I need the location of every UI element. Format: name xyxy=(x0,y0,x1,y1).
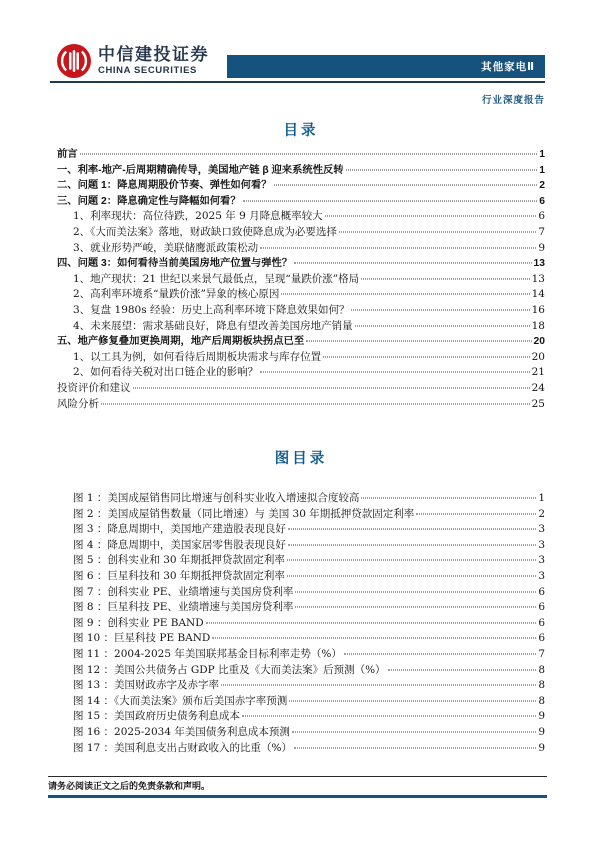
toc-entry[interactable]: 前言1 xyxy=(57,147,545,163)
figure-entry-label: 图 10 ：巨星科技 PE BAND xyxy=(73,631,210,647)
toc-entry[interactable]: 4、未来展望：需求基础良好，降息有望改善美国房地产销量18 xyxy=(57,319,545,335)
toc-entry-label: 1、地产现状：21 世纪以来景气最低点，呈现“量跌价涨”格局 xyxy=(73,272,359,288)
figure-entry-label: 图 8 ：巨星科技 PE、业绩增速与美国房贷利率 xyxy=(73,600,293,616)
dot-leader xyxy=(361,498,536,499)
dot-leader xyxy=(287,576,536,577)
dot-leader xyxy=(292,732,536,733)
toc-entry-label: 2、如何看待关税对出口链企业的影响？ xyxy=(73,365,258,381)
figure-entry[interactable]: 图 6 ：巨星科技和 30 年期抵押贷款固定利率3 xyxy=(57,569,545,585)
toc-entry-label: 1、以工具为例，如何看待后周期板块需求与库存位置 xyxy=(73,350,321,366)
toc-entry-page-number: 2 xyxy=(539,178,545,194)
figure-entry-page-number: 6 xyxy=(538,631,545,647)
toc-entry-page-number: 25 xyxy=(532,397,545,413)
figure-entry-page-number: 8 xyxy=(538,694,545,710)
figure-entry-label: 图 5 ：创科实业和 30 年期抵押贷款固定利率 xyxy=(73,553,285,569)
figure-entry[interactable]: 图 10 ：巨星科技 PE BAND6 xyxy=(57,631,545,647)
dot-leader xyxy=(306,341,531,342)
toc-entry-page-number: 20 xyxy=(534,334,545,350)
figure-entry[interactable]: 图 8 ：巨星科技 PE、业绩增速与美国房贷利率6 xyxy=(57,600,545,616)
figure-entry-page-number: 3 xyxy=(538,569,545,585)
toc-entry-label: 五、地产修复叠加更换周期，地产后周期板块拐点已至 xyxy=(57,334,304,350)
toc-entry[interactable]: 2、《大而美法案》落地，财政缺口致使降息成为必要选择7 xyxy=(57,225,545,241)
toc-entry-page-number: 6 xyxy=(538,209,545,225)
figure-entry[interactable]: 图 9 ：创科实业 PE BAND6 xyxy=(57,616,545,632)
figure-entry[interactable]: 图 3 ：降息周期中，美国地产建造股表现良好3 xyxy=(57,522,545,538)
toc-entry[interactable]: 四、问题 3：如何看待当前美国房地产位置与弹性？13 xyxy=(57,256,545,272)
header-divider xyxy=(50,81,545,83)
toc-entry[interactable]: 投资评价和建议24 xyxy=(57,381,545,397)
figure-toc-list: 图 1 ：美国成屋销售同比增速与创科实业收入增速拟合度较高1图 2 ：美国成屋销… xyxy=(57,491,545,756)
dot-leader xyxy=(361,278,530,279)
figure-entry-label: 图 14 ：《大而美法案》颁布后美国赤字率预测 xyxy=(73,694,287,710)
toc-entry-page-number: 1 xyxy=(539,163,545,179)
figure-entry-page-number: 3 xyxy=(538,553,545,569)
citic-securities-logo-icon xyxy=(56,43,92,79)
figure-entry-label: 图 12 ：美国公共债务占 GDP 比重及《大而美法案》后预测（%） xyxy=(73,663,386,679)
figure-entry-label: 图 4 ：降息周期中，美国家居零售股表现良好 xyxy=(73,538,286,554)
figure-entry-page-number: 6 xyxy=(538,585,545,601)
toc-entry-label: 四、问题 3：如何看待当前美国房地产位置与弹性？ xyxy=(57,256,292,272)
figure-entry-label: 图 1 ：美国成屋销售同比增速与创科实业收入增速拟合度较高 xyxy=(73,491,359,507)
toc-list: 前言1一、利率-地产-后周期精确传导，美国地产链 β 迎来系统性反转1二、问题 … xyxy=(57,147,545,412)
toc-entry[interactable]: 1、地产现状：21 世纪以来景气最低点，呈现“量跌价涨”格局13 xyxy=(57,272,545,288)
toc-entry-page-number: 7 xyxy=(538,225,545,241)
report-type-label: 行业深度报告 xyxy=(482,92,545,106)
figure-entry[interactable]: 图 15 ：美国政府历史债务利息成本9 xyxy=(57,709,545,725)
page-content: 目录 前言1一、利率-地产-后周期精确传导，美国地产链 β 迎来系统性反转1二、… xyxy=(57,119,545,756)
toc-entry-page-number: 1 xyxy=(539,147,545,163)
toc-entry[interactable]: 一、利率-地产-后周期精确传导，美国地产链 β 迎来系统性反转1 xyxy=(57,163,545,179)
toc-entry-label: 风险分析 xyxy=(57,397,99,413)
brand-name-en: CHINA SECURITIES xyxy=(98,66,209,76)
dot-leader xyxy=(212,638,536,639)
figure-entry-label: 图 7 ：创科实业 PE、业绩增速与美国房贷利率 xyxy=(73,585,293,601)
toc-entry-label: 前言 xyxy=(57,147,78,163)
figure-entry-label: 图 16 ：2025-2034 年美国债务利息成本预测 xyxy=(73,725,290,741)
report-page: 中信建投证券 CHINA SECURITIES 其他家电Ⅱ 行业深度报告 目录 … xyxy=(0,0,595,842)
toc-entry[interactable]: 2、高利率环境系“量跌价涨”异象的核心原因14 xyxy=(57,287,545,303)
figure-entry-page-number: 2 xyxy=(538,507,545,523)
toc-entry[interactable]: 三、问题 2：降息确定性与降幅如何看？6 xyxy=(57,194,545,210)
toc-entry-page-number: 9 xyxy=(538,241,545,257)
toc-entry-label: 4、未来展望：需求基础良好，降息有望改善美国房地产销量 xyxy=(73,319,353,335)
toc-entry-label: 二、问题 1：降息周期股价节奏、弹性如何看？ xyxy=(57,178,272,194)
toc-entry-page-number: 20 xyxy=(532,350,545,366)
dot-leader xyxy=(351,309,529,310)
dot-leader xyxy=(344,654,536,655)
dot-leader xyxy=(260,372,529,373)
figure-entry-page-number: 6 xyxy=(538,600,545,616)
figure-entry[interactable]: 图 4 ：降息周期中，美国家居零售股表现良好3 xyxy=(57,538,545,554)
dot-leader xyxy=(260,247,536,248)
dot-leader xyxy=(295,607,536,608)
dot-leader xyxy=(388,669,537,670)
dot-leader xyxy=(339,231,536,232)
page-footer: 请务必阅读正文之后的免责条款和声明。 xyxy=(48,776,547,798)
figure-entry[interactable]: 图 2 ：美国成屋销售数量（同比增速）与 美国 30 年期抵押贷款固定利率2 xyxy=(57,507,545,523)
industry-category-label: 其他家电Ⅱ xyxy=(481,59,535,74)
figure-entry[interactable]: 图 16 ：2025-2034 年美国债务利息成本预测9 xyxy=(57,725,545,741)
figure-entry-label: 图 9 ：创科实业 PE BAND xyxy=(73,616,204,632)
dot-leader xyxy=(133,387,530,388)
toc-entry-label: 三、问题 2：降息确定性与降幅如何看？ xyxy=(57,194,241,210)
figure-entry[interactable]: 图 7 ：创科实业 PE、业绩增速与美国房贷利率6 xyxy=(57,585,545,601)
figure-entry-page-number: 8 xyxy=(538,678,545,694)
dot-leader xyxy=(289,700,536,701)
toc-entry[interactable]: 五、地产修复叠加更换周期，地产后周期板块拐点已至20 xyxy=(57,334,545,350)
figure-entry-label: 图 6 ：巨星科技和 30 年期抵押贷款固定利率 xyxy=(73,569,285,585)
industry-category-badge: 其他家电Ⅱ xyxy=(227,55,545,78)
figure-entry-page-number: 9 xyxy=(538,709,545,725)
toc-entry-page-number: 14 xyxy=(532,287,545,303)
toc-entry-page-number: 16 xyxy=(532,303,545,319)
toc-entry-page-number: 24 xyxy=(532,381,545,397)
footer-disclaimer: 请务必阅读正文之后的免责条款和声明。 xyxy=(48,777,547,795)
dot-leader xyxy=(325,216,537,217)
company-logo: 中信建投证券 CHINA SECURITIES xyxy=(56,43,209,79)
figure-entry[interactable]: 图 17 ：美国利息支出占财政收入的比重（%）9 xyxy=(57,741,545,757)
dot-leader xyxy=(288,544,536,545)
figure-entry[interactable]: 图 14 ：《大而美法案》颁布后美国赤字率预测8 xyxy=(57,694,545,710)
toc-entry[interactable]: 3、复盘 1980s 经验：历史上高利率环境下降息效果如何？16 xyxy=(57,303,545,319)
toc-entry[interactable]: 二、问题 1：降息周期股价节奏、弹性如何看？2 xyxy=(57,178,545,194)
figure-entry-label: 图 13 ：美国财政赤字及赤字率 xyxy=(73,678,219,694)
dot-leader xyxy=(416,513,536,514)
dot-leader xyxy=(101,403,530,404)
dot-leader xyxy=(294,747,536,748)
dot-leader xyxy=(221,685,536,686)
dot-leader xyxy=(355,325,530,326)
toc-title: 目录 xyxy=(57,119,545,139)
figure-toc-title: 图目录 xyxy=(57,447,545,467)
figure-entry-page-number: 3 xyxy=(538,538,545,554)
figure-entry-page-number: 9 xyxy=(538,741,545,757)
dot-leader xyxy=(346,169,538,170)
figure-entry[interactable]: 图 1 ：美国成屋销售同比增速与创科实业收入增速拟合度较高1 xyxy=(57,491,545,507)
dot-leader xyxy=(243,200,538,201)
figure-entry-page-number: 7 xyxy=(538,647,545,663)
figure-entry-page-number: 9 xyxy=(538,725,545,741)
dot-leader xyxy=(242,716,536,717)
figure-entry-label: 图 11 ：2004-2025 年美国联邦基金目标利率走势（%） xyxy=(73,647,342,663)
figure-entry-page-number: 1 xyxy=(538,491,545,507)
figure-entry-label: 图 2 ：美国成屋销售数量（同比增速）与 美国 30 年期抵押贷款固定利率 xyxy=(73,507,414,523)
toc-entry-page-number: 13 xyxy=(534,256,545,272)
toc-entry-label: 一、利率-地产-后周期精确传导，美国地产链 β 迎来系统性反转 xyxy=(57,163,344,179)
dot-leader xyxy=(80,154,538,155)
figure-entry-label: 图 15 ：美国政府历史债务利息成本 xyxy=(73,709,240,725)
dot-leader xyxy=(294,263,531,264)
toc-entry-label: 2、《大而美法案》落地，财政缺口致使降息成为必要选择 xyxy=(73,225,337,241)
toc-entry[interactable]: 风险分析25 xyxy=(57,397,545,413)
toc-entry-label: 投资评价和建议 xyxy=(57,381,131,397)
figure-entry[interactable]: 图 13 ：美国财政赤字及赤字率8 xyxy=(57,678,545,694)
toc-entry-page-number: 13 xyxy=(532,272,545,288)
figure-entry-page-number: 8 xyxy=(538,663,545,679)
dot-leader xyxy=(287,560,536,561)
brand-text: 中信建投证券 CHINA SECURITIES xyxy=(98,46,209,76)
footer-navy-divider xyxy=(48,795,547,798)
toc-entry-page-number: 18 xyxy=(532,319,545,335)
toc-entry-label: 3、复盘 1980s 经验：历史上高利率环境下降息效果如何？ xyxy=(73,303,349,319)
figure-entry-label: 图 3 ：降息周期中，美国地产建造股表现良好 xyxy=(73,522,286,538)
dot-leader xyxy=(288,529,536,530)
toc-entry-page-number: 6 xyxy=(539,194,545,210)
figure-entry-page-number: 6 xyxy=(538,616,545,632)
toc-entry[interactable]: 1、以工具为例，如何看待后周期板块需求与库存位置20 xyxy=(57,350,545,366)
brand-name-cn: 中信建投证券 xyxy=(98,46,209,64)
figure-entry[interactable]: 图 5 ：创科实业和 30 年期抵押贷款固定利率3 xyxy=(57,553,545,569)
toc-entry-label: 2、高利率环境系“量跌价涨”异象的核心原因 xyxy=(73,287,279,303)
figure-entry[interactable]: 图 11 ：2004-2025 年美国联邦基金目标利率走势（%）7 xyxy=(57,647,545,663)
toc-entry[interactable]: 1、利率现状：高位待跌，2025 年 9 月降息概率较大6 xyxy=(57,209,545,225)
dot-leader xyxy=(295,591,536,592)
figure-entry-page-number: 3 xyxy=(538,522,545,538)
toc-entry-label: 1、利率现状：高位待跌，2025 年 9 月降息概率较大 xyxy=(73,209,323,225)
dot-leader xyxy=(206,622,537,623)
toc-entry-label: 3、就业形势严峻，美联储鹰派政策松动 xyxy=(73,241,258,257)
figure-entry-label: 图 17 ：美国利息支出占财政收入的比重（%） xyxy=(73,741,292,757)
dot-leader xyxy=(281,294,529,295)
figure-entry[interactable]: 图 12 ：美国公共债务占 GDP 比重及《大而美法案》后预测（%）8 xyxy=(57,663,545,679)
toc-entry[interactable]: 3、就业形势严峻，美联储鹰派政策松动9 xyxy=(57,241,545,257)
dot-leader xyxy=(274,185,538,186)
toc-entry-page-number: 21 xyxy=(532,365,545,381)
toc-entry[interactable]: 2、如何看待关税对出口链企业的影响？21 xyxy=(57,365,545,381)
dot-leader xyxy=(323,356,529,357)
